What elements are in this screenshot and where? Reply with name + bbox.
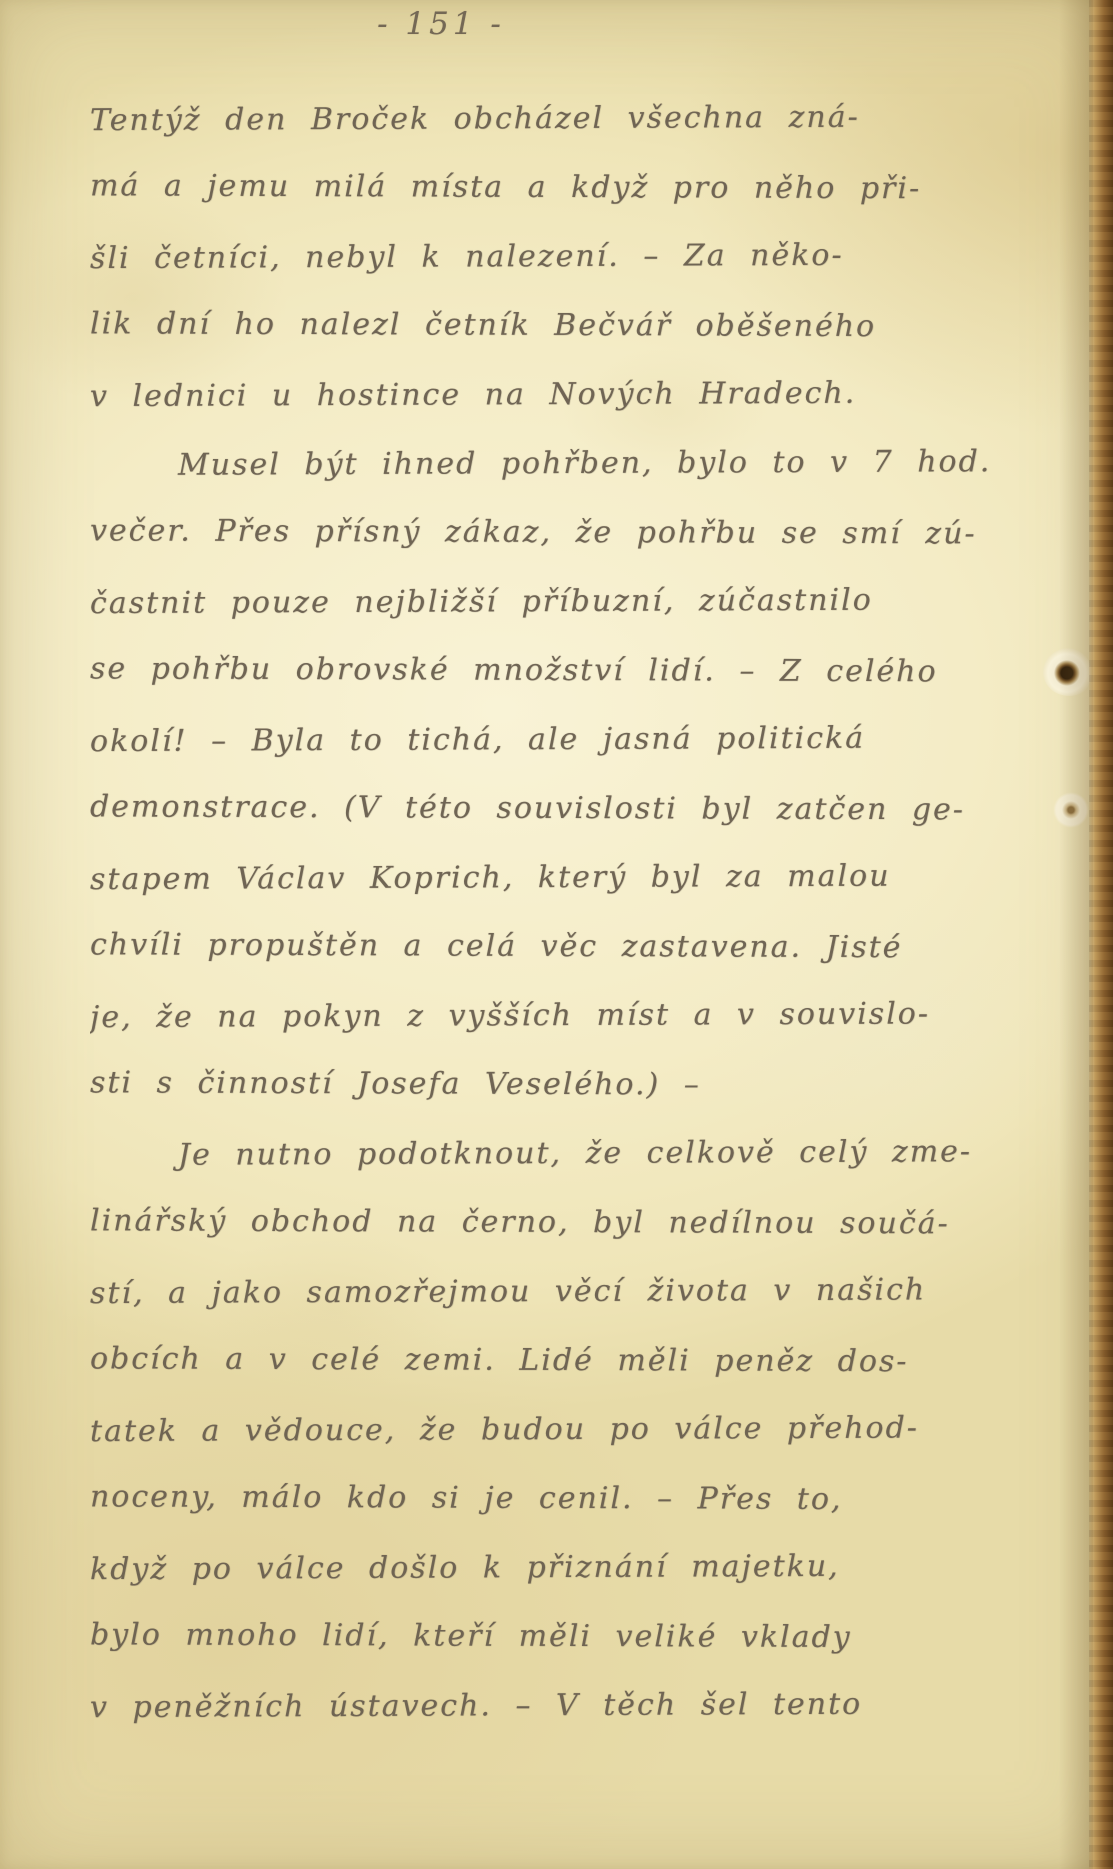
handwritten-line: lik dní ho nalezl četník Bečvář oběšenéh… bbox=[90, 289, 1055, 361]
handwritten-line: stapem Václav Koprich, který byl za malo… bbox=[90, 841, 1055, 914]
handwritten-line: je, že na pokyn z vyšších míst a v souvi… bbox=[90, 979, 1055, 1052]
handwritten-line: když po válce došlo k přiznání majetku, bbox=[90, 1531, 1055, 1604]
manuscript-photo: - 151 - Tentýž den Broček obcházel všech… bbox=[0, 0, 1113, 1869]
page-edge-shadow bbox=[1059, 0, 1093, 1869]
manuscript-page: - 151 - Tentýž den Broček obcházel všech… bbox=[0, 0, 1113, 1869]
paragraph: Musel být ihned pohřben, bylo to v 7 hod… bbox=[90, 429, 1055, 1119]
handwritten-line: v lednici u hostince na Nových Hradech. bbox=[90, 358, 1055, 431]
handwritten-line: noceny, málo kdo si je cenil. – Přes to, bbox=[90, 1462, 1055, 1534]
handwritten-line: večer. Přes přísný zákaz, že pohřbu se s… bbox=[90, 496, 1055, 568]
handwritten-line: Je nutno podotknout, že celkově celý zme… bbox=[90, 1117, 1055, 1190]
paragraph: Tentýž den Broček obcházel všechna zná-m… bbox=[90, 84, 1055, 429]
handwritten-line: chvíli propuštěn a celá věc zastavena. J… bbox=[90, 910, 1055, 982]
handwritten-line: Musel být ihned pohřben, bylo to v 7 hod… bbox=[90, 427, 1055, 500]
handwritten-line: demonstrace. (V této souvislosti byl zat… bbox=[90, 772, 1055, 844]
paragraph: Je nutno podotknout, že celkově celý zme… bbox=[90, 1119, 1055, 1740]
handwritten-line: Tentýž den Broček obcházel všechna zná- bbox=[90, 84, 1055, 155]
page-right-edge bbox=[1089, 0, 1113, 1869]
handwritten-line: sti s činností Josefa Veselého.) – bbox=[90, 1048, 1055, 1120]
handwritten-line: se pohřbu obrovské množství lidí. – Z ce… bbox=[90, 634, 1055, 706]
handwritten-line: obcích a v celé zemi. Lidé měli peněz do… bbox=[90, 1324, 1055, 1396]
handwritten-line: okolí! – Byla to tichá, ale jasná politi… bbox=[90, 703, 1055, 776]
handwritten-line: linářský obchod na černo, byl nedílnou s… bbox=[90, 1186, 1055, 1258]
manuscript-text: Tentýž den Broček obcházel všechna zná-m… bbox=[90, 84, 1055, 1869]
page-number: - 151 - bbox=[336, 6, 546, 42]
handwritten-line: tatek a vědouce, že budou po válce přeho… bbox=[90, 1393, 1055, 1466]
handwritten-line: v peněžních ústavech. – V těch šel tento bbox=[90, 1669, 1055, 1742]
handwritten-line: šli četníci, nebyl k nalezení. – Za něko… bbox=[90, 220, 1055, 293]
handwritten-line: má a jemu milá místa a když pro něho při… bbox=[90, 151, 1055, 223]
handwritten-line: stí, a jako samozřejmou věcí života v na… bbox=[90, 1255, 1055, 1328]
handwritten-line: častnit pouze nejbližší příbuzní, zúčast… bbox=[90, 565, 1055, 638]
handwritten-line: bylo mnoho lidí, kteří měli veliké vklad… bbox=[90, 1600, 1055, 1672]
